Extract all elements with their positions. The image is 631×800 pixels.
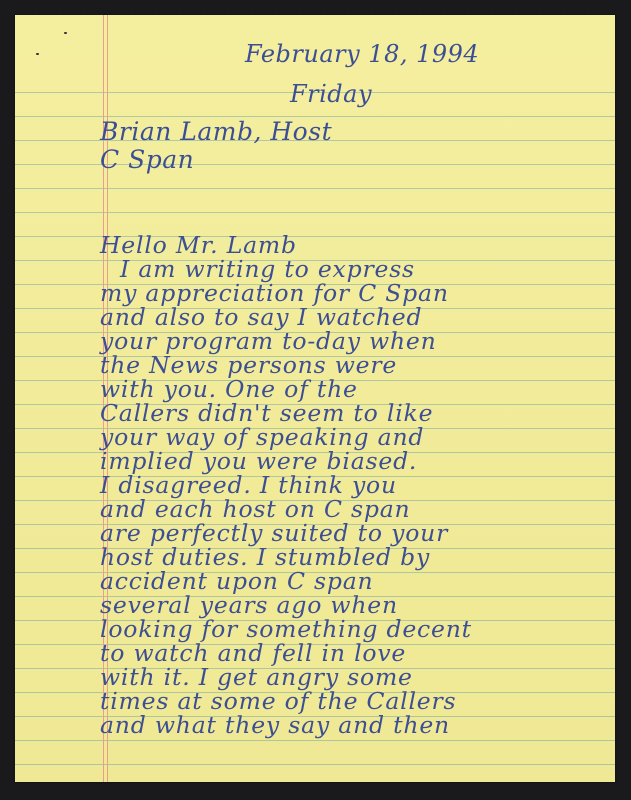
- body-line: your program to-day when: [100, 329, 610, 353]
- body-line: my appreciation for C Span: [100, 281, 610, 305]
- body-line: looking for something decent: [100, 617, 610, 641]
- body-line: implied you were biased.: [100, 449, 610, 473]
- body-line: host duties. I stumbled by: [100, 545, 610, 569]
- ink-speck: [36, 53, 39, 55]
- body-line: I disagreed. I think you: [100, 473, 610, 497]
- letter-body: Hello Mr. Lamb I am writing to express m…: [100, 233, 610, 737]
- body-line: and what they say and then: [100, 713, 610, 737]
- letter-date: February 18, 1994: [245, 40, 479, 68]
- body-line: your way of speaking and: [100, 425, 610, 449]
- body-line: and also to say I watched: [100, 305, 610, 329]
- body-line: are perfectly suited to your: [100, 521, 610, 545]
- body-line: with you. One of the: [100, 377, 610, 401]
- body-line: the News persons were: [100, 353, 610, 377]
- ink-speck: [64, 32, 67, 34]
- body-line: I am writing to express: [100, 257, 610, 281]
- body-line: with it. I get angry some: [100, 665, 610, 689]
- body-line: to watch and fell in love: [100, 641, 610, 665]
- letter-day: Friday: [290, 80, 372, 108]
- body-line: times at some of the Callers: [100, 689, 610, 713]
- perforated-edge: [15, 13, 615, 17]
- body-line: accident upon C span: [100, 569, 610, 593]
- body-line: several years ago when: [100, 593, 610, 617]
- body-line: Callers didn't seem to like: [100, 401, 610, 425]
- body-line: and each host on C span: [100, 497, 610, 521]
- recipient-name: Brian Lamb, Host: [100, 117, 332, 146]
- recipient-organization: C Span: [100, 145, 194, 174]
- salutation: Hello Mr. Lamb: [100, 233, 610, 257]
